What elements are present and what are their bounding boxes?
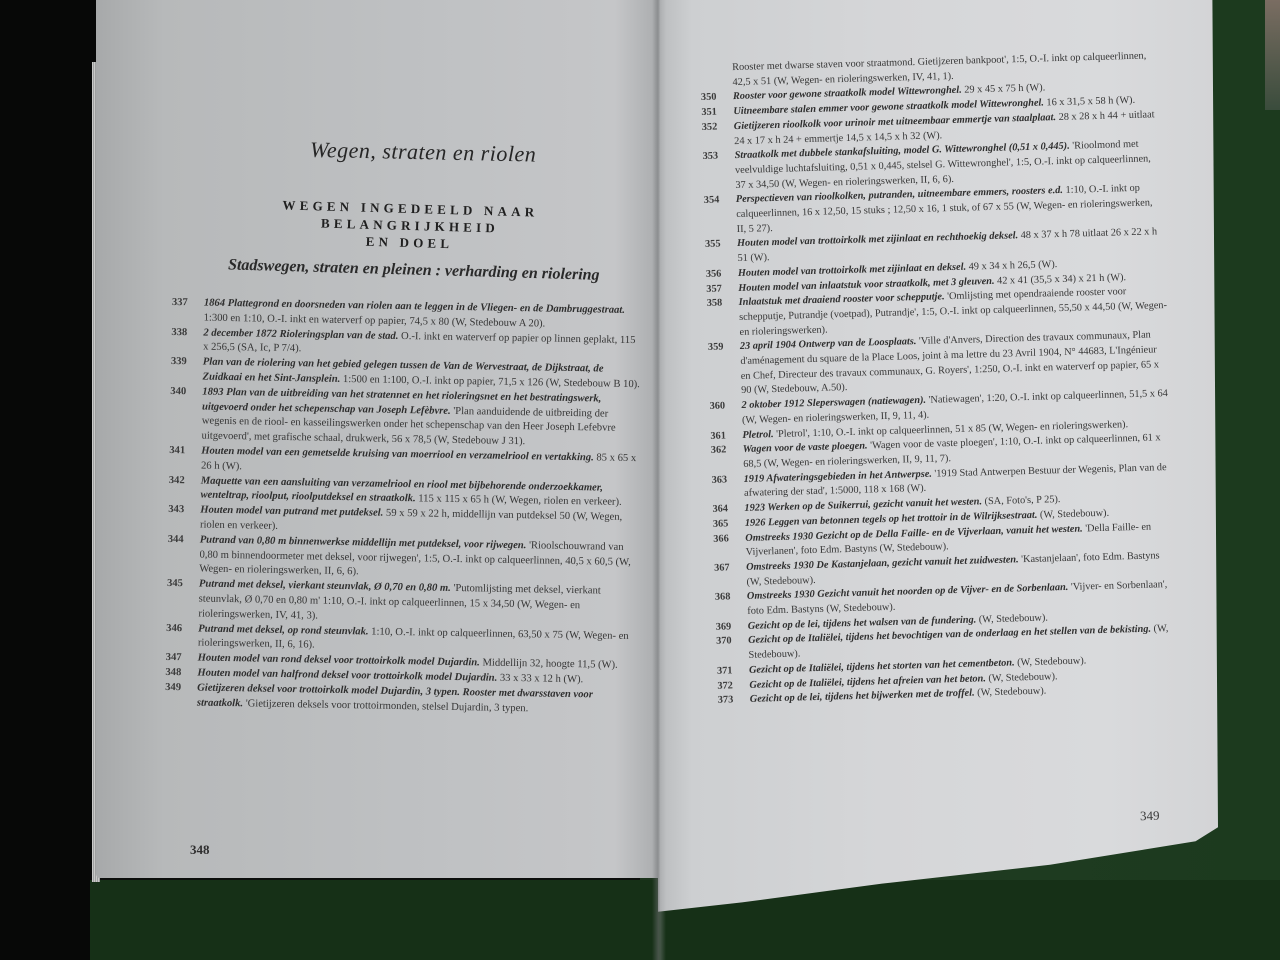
entry-details: 16 x 31,5 x 58 h (W). xyxy=(1044,95,1136,109)
entry-number: 362 xyxy=(711,443,737,458)
entry-title: Putrand met deksel, op rond steunvlak. xyxy=(198,623,369,637)
entry-title: Pletrol. xyxy=(742,429,773,441)
entry-number: 371 xyxy=(717,664,743,679)
entry-number: 343 xyxy=(168,503,194,518)
entry-number: 367 xyxy=(714,561,740,576)
entry-title: Wagen voor de vaste ploegen. xyxy=(743,441,868,455)
entry-number: 347 xyxy=(166,651,192,666)
entry-details: 42 x 41 (35,5 x 34) x 21 h (W). xyxy=(994,272,1126,287)
entry-details: (W, Stedebouw). xyxy=(974,686,1046,699)
entry-number: 356 xyxy=(706,267,732,282)
entry-details: (W, Stedebouw). xyxy=(1037,508,1109,521)
entry-title: Houten model van putrand met putdeksel. xyxy=(200,505,383,519)
page-number-right: 349 xyxy=(1140,808,1160,825)
entry-number: 344 xyxy=(168,533,194,548)
entry-number: 353 xyxy=(702,149,728,164)
entry-details: (W, Stedebouw). xyxy=(1014,655,1086,668)
entry-number xyxy=(700,61,726,62)
page-number-left: 348 xyxy=(190,842,210,858)
entry-details: (SA, Foto's, P 25). xyxy=(982,494,1061,507)
book-gutter xyxy=(652,0,666,960)
entry-number: 349 xyxy=(165,681,191,696)
entry-details: Middellijn 32, hoogte 11,5 (W). xyxy=(480,658,618,671)
entry-title: Houten model van rond deksel voor trotto… xyxy=(198,653,480,669)
entry-number: 341 xyxy=(169,444,195,459)
entry-title: Putrand met deksel, vierkant steunvlak, … xyxy=(199,579,451,594)
entry-details: 49 x 34 x h 26,5 (W). xyxy=(966,259,1058,273)
entry-title: 23 april 1904 Ontwerp van de Loosplaats. xyxy=(740,336,917,352)
entry-details: 33 x 33 x 12 h (W). xyxy=(497,673,583,685)
entry-details: 115 x 115 x 65 h (W, Wegen, riolen en ve… xyxy=(416,494,622,509)
entry-number: 339 xyxy=(171,355,197,370)
entry-title: 2 december 1872 Rioleringsplan van de st… xyxy=(203,327,398,341)
entry-details: (W, Stedebouw). xyxy=(986,671,1058,684)
entry-number: 357 xyxy=(706,282,732,297)
entry-number: 337 xyxy=(172,296,198,311)
entry-number: 351 xyxy=(701,105,727,120)
catalogue-entries-right: Rooster met dwarse staven voor straatmon… xyxy=(700,49,1178,709)
entry-title: 2 oktober 1912 Sleperswagen (natiewagen)… xyxy=(741,395,926,411)
catalogue-entry: 3401893 Plan van de uitbreiding van het … xyxy=(169,385,640,452)
entry-number: 345 xyxy=(167,577,193,592)
entry-number: 348 xyxy=(165,666,191,681)
catalogue-entries-left: 3371864 Plattegrond en doorsneden van ri… xyxy=(165,296,642,718)
entry-number: 370 xyxy=(716,634,742,649)
entry-number: 355 xyxy=(705,238,731,253)
entry-number: 361 xyxy=(710,429,736,444)
entry-number: 360 xyxy=(709,399,735,414)
entry-number: 366 xyxy=(713,532,739,547)
entry-number: 364 xyxy=(712,502,738,517)
entry-number: 368 xyxy=(715,590,741,605)
entry-number: 340 xyxy=(170,385,196,400)
entry-number: 363 xyxy=(711,473,737,488)
entry-number: 354 xyxy=(704,194,730,209)
entry-details: 29 x 45 x 75 h (W). xyxy=(962,83,1046,96)
background-object-edge xyxy=(1265,0,1280,110)
entry-number: 346 xyxy=(166,621,192,636)
entry-number: 338 xyxy=(171,326,197,341)
entry-number: 350 xyxy=(701,91,727,106)
entry-number: 342 xyxy=(169,474,195,489)
background-table-dark xyxy=(0,0,100,960)
entry-number: 372 xyxy=(717,679,743,694)
entry-number: 358 xyxy=(707,296,733,311)
entry-number: 359 xyxy=(708,341,734,356)
entry-number: 352 xyxy=(702,120,728,135)
entry-number: 365 xyxy=(713,517,739,532)
entry-number: 369 xyxy=(716,620,742,635)
entry-details: (W, Stedebouw). xyxy=(976,612,1048,625)
entry-details: 'Gietijzeren deksels voor trottoirmonden… xyxy=(243,698,528,714)
entry-number: 373 xyxy=(718,693,744,708)
